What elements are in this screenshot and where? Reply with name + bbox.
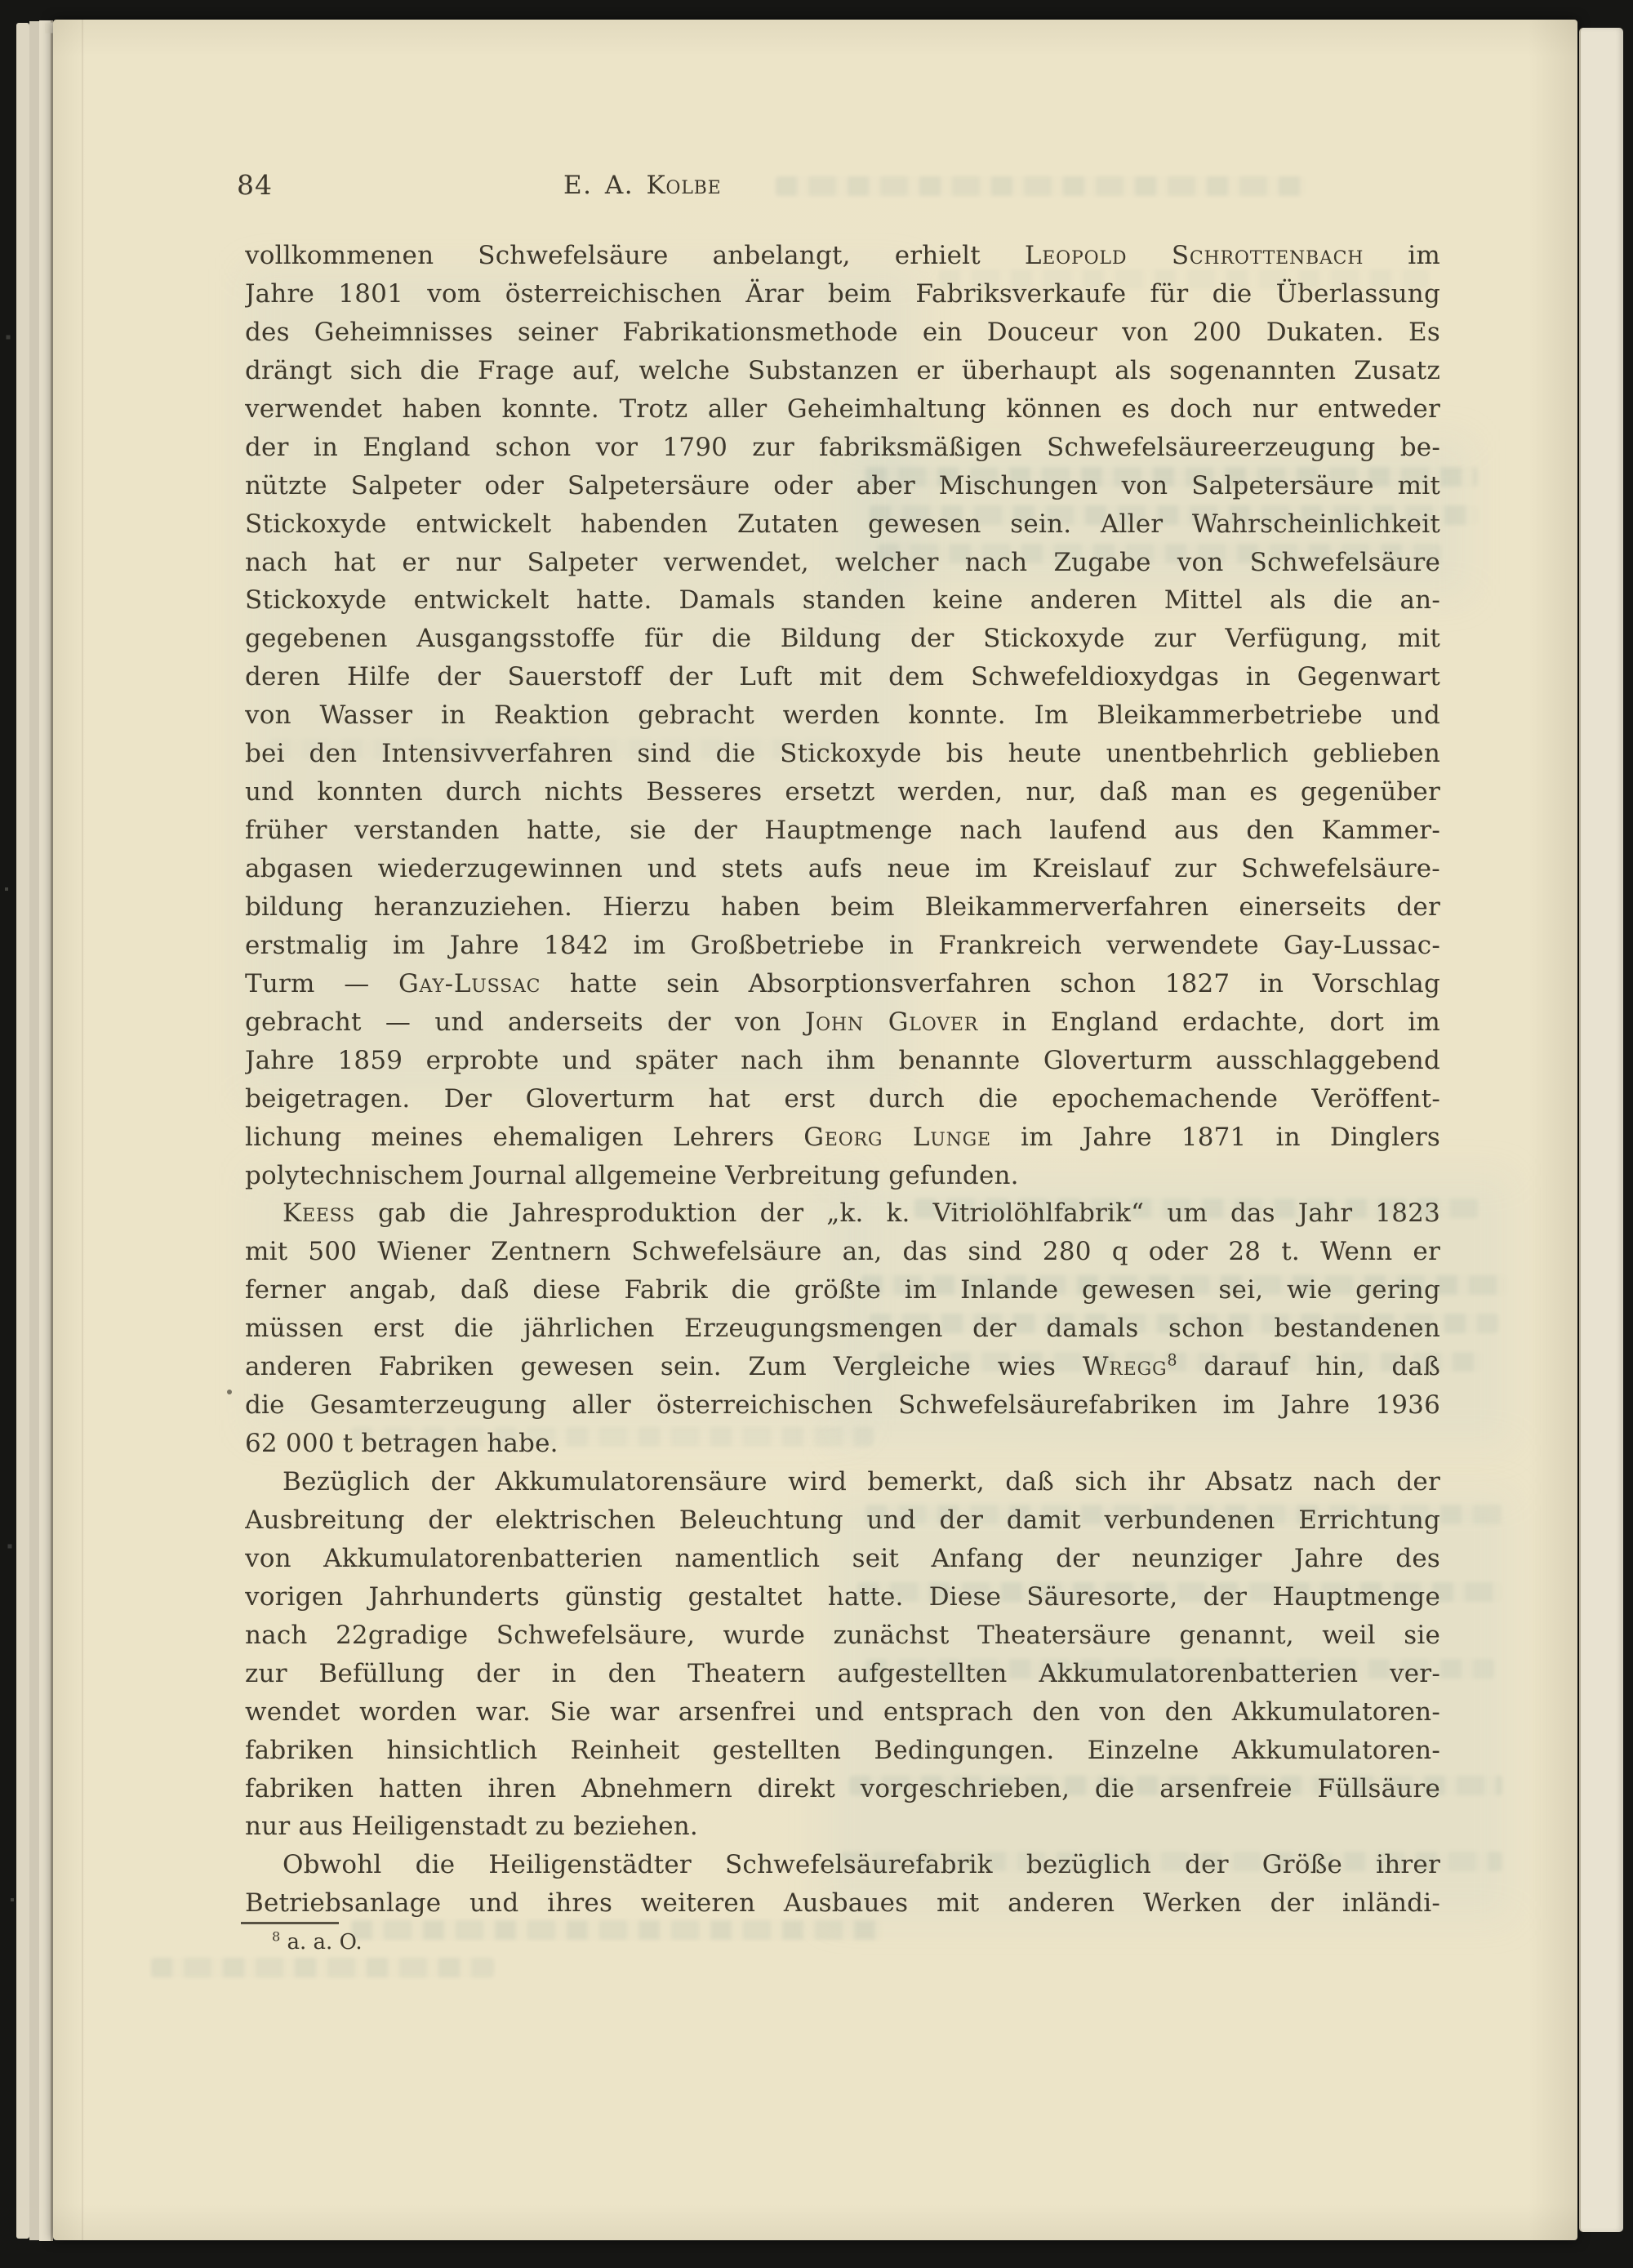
text-line: Jahre 1801 vom österreichischen Ärar bei…: [245, 275, 1440, 314]
text-line: des Geheimnisses seiner Fabrikationsmeth…: [245, 314, 1440, 352]
text-line: Bezüglich der Akkumulatorensäure wird be…: [245, 1463, 1440, 1501]
text-line: und konnten durch nichts Besseres ersetz…: [245, 773, 1440, 812]
text-line: deren Hilfe der Sauerstoff der Luft mit …: [245, 658, 1440, 696]
footnote: 8 a. a. O.: [272, 1930, 363, 1954]
page-header: 84 E. A. Kolbe: [245, 169, 1440, 205]
text-line: nach 22gradige Schwefelsäure, wurde zunä…: [245, 1617, 1440, 1655]
text-line: Obwohl die Heiligenstädter Schwefelsäure…: [245, 1846, 1440, 1884]
text-line: Ausbreitung der elektrischen Beleuchtung…: [245, 1501, 1440, 1540]
text-line: fabriken hinsichtlich Reinheit gestellte…: [245, 1732, 1440, 1770]
text-line: früher verstanden hatte, sie der Hauptme…: [245, 812, 1440, 850]
running-title: E. A. Kolbe: [563, 171, 721, 200]
text-line: zur Befüllung der in den Theatern aufges…: [245, 1655, 1440, 1693]
text-line: lichung meines ehemaligen Lehrers Georg …: [245, 1118, 1440, 1157]
text-line: verwendet haben konnte. Trotz aller Gehe…: [245, 390, 1440, 429]
text-line: gegebenen Ausgangsstoffe für die Bildung…: [245, 620, 1440, 658]
page-stack-edge: [39, 20, 51, 2241]
text-line: ferner angab, daß diese Fabrik die größt…: [245, 1271, 1440, 1310]
text-line: müssen erst die jährlichen Erzeugungsmen…: [245, 1310, 1440, 1348]
text-line: drängt sich die Frage auf, welche Substa…: [245, 352, 1440, 390]
text-line: 62 000 t betragen habe.: [245, 1425, 1440, 1463]
text-line: nur aus Heiligenstadt zu beziehen.: [245, 1808, 1440, 1846]
text-line: nützte Salpeter oder Salpetersäure oder …: [245, 467, 1440, 505]
text-line: polytechnischem Journal allgemeine Verbr…: [245, 1157, 1440, 1195]
text-line: der in England schon vor 1790 zur fabrik…: [245, 429, 1440, 467]
text-line: mit 500 Wiener Zentnern Schwefelsäure an…: [245, 1233, 1440, 1271]
page-stack-edge: [16, 23, 29, 2239]
text-line: anderen Fabriken gewesen sein. Zum Vergl…: [245, 1348, 1440, 1386]
bleedthrough-ghost: [151, 1958, 494, 1977]
page-stack-edge: [29, 21, 39, 2240]
text-line: abgasen wiederzugewinnen und stets aufs …: [245, 850, 1440, 888]
text-line: Jahre 1859 erprobte und später nach ihm …: [245, 1042, 1440, 1080]
text-line: von Akkumulatorenbatterien namentlich se…: [245, 1540, 1440, 1578]
text-line: Stickoxyde entwickelt hatte. Damals stan…: [245, 581, 1440, 620]
text-line: bildung heranzuziehen. Hierzu haben beim…: [245, 888, 1440, 927]
text-line: Keess gab die Jahresproduktion der „k. k…: [245, 1194, 1440, 1233]
text-line: fabriken hatten ihren Abnehmern direkt v…: [245, 1770, 1440, 1808]
text-line: beigetragen. Der Gloverturm hat erst dur…: [245, 1080, 1440, 1118]
text-line: Betriebsanlage und ihres weiteren Ausbau…: [245, 1884, 1440, 1923]
next-page-edge: [1579, 28, 1623, 2232]
text-line: Stickoxyde entwickelt habenden Zutaten g…: [245, 505, 1440, 544]
text-line: vorigen Jahrhunderts günstig gestaltet h…: [245, 1578, 1440, 1617]
dust-specks: [0, 0, 2, 2]
text-line: bei den Intensivverfahren sind die Stick…: [245, 735, 1440, 773]
text-line: Turm — Gay-Lussac hatte sein Absorptions…: [245, 965, 1440, 1003]
text-line: die Gesamterzeugung aller österreichisch…: [245, 1386, 1440, 1425]
text-line: nach hat er nur Salpeter verwendet, welc…: [245, 544, 1440, 582]
bleedthrough-ghost: [351, 1920, 882, 1940]
text-line: von Wasser in Reaktion gebracht werden k…: [245, 696, 1440, 735]
text-block: vollkommenen Schwefelsäure anbelangt, er…: [245, 237, 1440, 1923]
text-line: wendet worden war. Sie war arsenfrei und…: [245, 1693, 1440, 1732]
book-page: 84 E. A. Kolbe vollkommenen Schwefelsäur…: [53, 20, 1577, 2240]
page-number: 84: [237, 169, 273, 201]
page-edge-inner-line: [82, 20, 83, 2240]
text-line: vollkommenen Schwefelsäure anbelangt, er…: [245, 237, 1440, 275]
text-line: erstmalig im Jahre 1842 im Großbetriebe …: [245, 927, 1440, 965]
text-line: gebracht — und anderseits der von John G…: [245, 1003, 1440, 1042]
margin-mark: [227, 1390, 232, 1394]
footnote-rule: [241, 1922, 339, 1924]
